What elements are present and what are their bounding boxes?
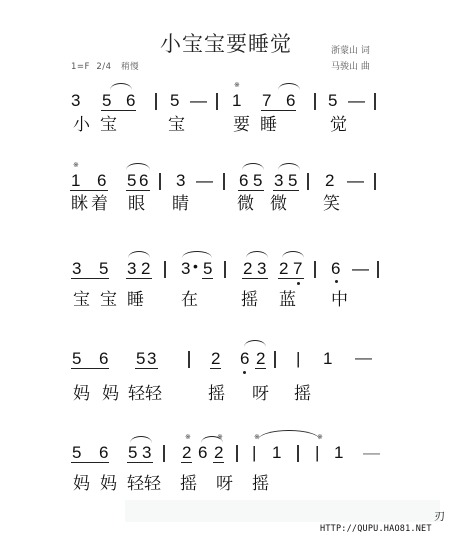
eighth-underline xyxy=(181,462,192,463)
note: 5 xyxy=(170,92,179,109)
lyric: 小 xyxy=(73,117,90,134)
score-row-4: 5 6 5 3 2 6 2 | 1 — 妈 妈 轻 轻 摇 呀 摇 xyxy=(0,338,450,408)
note: 2 xyxy=(256,350,265,367)
eighth-underline xyxy=(278,278,304,279)
eighth-underline xyxy=(101,110,136,111)
note: 3 xyxy=(147,350,156,367)
sixteenth-underline xyxy=(126,190,150,191)
high-octave-dot: ※ xyxy=(234,82,240,89)
note: 5 xyxy=(136,350,145,367)
high-octave-dot: ※ xyxy=(317,434,323,441)
barline xyxy=(274,351,276,368)
slur xyxy=(246,251,268,258)
note: 5 xyxy=(203,260,212,277)
dash: — xyxy=(190,92,207,109)
final-barline: — xyxy=(363,443,378,463)
lyric: 睡 xyxy=(127,292,144,309)
barline xyxy=(188,351,190,368)
score-row-2: ※ 1 6 5 6 3 — 6 5 3 5 2 — 眯 着 眼 睛 微 微 笑 xyxy=(0,160,450,230)
note: 3 xyxy=(181,260,190,277)
dash: 1 xyxy=(323,350,332,367)
score-row-5: 5 6 5 3 ※ 2 6 ※ 2 ※ | 1 ※ | 1 — 妈 妈 轻 轻 … xyxy=(0,432,450,502)
lyric: 呀 xyxy=(216,476,233,493)
lyric: 微 xyxy=(270,196,287,213)
lyric: 宝 xyxy=(100,117,117,134)
note: 1 xyxy=(71,172,80,189)
slur xyxy=(126,163,150,170)
note: 5 xyxy=(72,350,81,367)
barline xyxy=(297,445,299,462)
barline xyxy=(164,261,166,278)
slur xyxy=(282,251,304,258)
note: 7 xyxy=(262,92,271,109)
note: 7 xyxy=(293,260,302,277)
lyric: 轻 xyxy=(144,476,161,493)
lyric: 摇 xyxy=(208,386,225,403)
barline xyxy=(307,173,309,190)
note: 3 xyxy=(257,260,266,277)
lyric: 妈 xyxy=(73,386,90,403)
note: 2 xyxy=(211,350,220,367)
barline xyxy=(155,93,157,110)
slur xyxy=(244,340,266,347)
note: 1 xyxy=(232,92,241,109)
note: 3 xyxy=(71,92,80,109)
dot: • xyxy=(193,259,198,273)
lyric: 呀 xyxy=(252,386,269,403)
lyric: 摇 xyxy=(294,386,311,403)
lyric: 在 xyxy=(181,292,198,309)
eighth-underline xyxy=(213,462,224,463)
note: 6 xyxy=(240,350,249,367)
slur xyxy=(110,83,132,90)
lyric: 宝 xyxy=(168,117,185,134)
eighth-underline xyxy=(261,110,296,111)
repeat-end-barline: — xyxy=(355,348,372,368)
note: 6 xyxy=(139,172,148,189)
note: 6 xyxy=(99,350,108,367)
barline xyxy=(314,93,316,110)
note: 2 xyxy=(141,260,150,277)
eighth-underline xyxy=(70,190,108,191)
note: 5 xyxy=(127,172,136,189)
composer-credit: 马骏山 曲 xyxy=(331,59,370,72)
barline xyxy=(374,93,376,110)
note: 6 xyxy=(286,92,295,109)
high-octave-dot: ※ xyxy=(254,434,260,441)
tempo-marking: 稍慢 xyxy=(121,62,139,72)
sixteenth-underline xyxy=(202,278,213,279)
note: 2 xyxy=(182,444,191,461)
eighth-underline xyxy=(255,368,266,369)
watermark-url: HTTP://QUPU.HAO81.NET xyxy=(320,524,432,534)
lyric: 宝 xyxy=(73,292,90,309)
lyric: 妈 xyxy=(73,476,90,493)
low-octave-dot xyxy=(243,371,246,374)
slur xyxy=(242,163,264,170)
key-signature: 1=F 2/4 稍慢 xyxy=(71,60,139,72)
note: 5 xyxy=(72,444,81,461)
dash: — xyxy=(196,172,213,189)
low-octave-dot xyxy=(297,282,300,285)
note: 5 xyxy=(102,92,111,109)
eighth-underline xyxy=(135,368,158,369)
dash: — xyxy=(347,172,364,189)
eighth-underline xyxy=(71,462,109,463)
lyric: 睛 xyxy=(172,196,189,213)
note: 5 xyxy=(328,92,337,109)
barline xyxy=(236,445,238,462)
lyric: 中 xyxy=(331,292,348,309)
note: 3 xyxy=(72,260,81,277)
lyricist-credit: 浙蒙山 词 xyxy=(331,43,370,56)
lyric: 眼 xyxy=(128,196,145,213)
slur xyxy=(130,436,152,443)
note: 5 xyxy=(99,260,108,277)
lyric: 摇 xyxy=(252,476,269,493)
slur xyxy=(278,163,300,170)
barline xyxy=(159,173,161,190)
note: 2 xyxy=(325,172,334,189)
lyric: 宝 xyxy=(100,292,117,309)
barline xyxy=(216,93,218,110)
time-signature: 2/4 xyxy=(96,62,111,72)
lyric: 蓝 xyxy=(279,292,296,309)
note: 5 xyxy=(253,172,262,189)
note: 6 xyxy=(198,444,207,461)
footer-band xyxy=(125,500,440,522)
lyric: 微 xyxy=(237,196,254,213)
lyric: 摇 xyxy=(241,292,258,309)
dash: 1 xyxy=(272,444,281,461)
note: 2 xyxy=(243,260,252,277)
eighth-underline xyxy=(127,462,153,463)
high-octave-dot: ※ xyxy=(73,162,79,169)
score-row-1: 3 5 6 5 — ※ 1 7 6 5 — 小 宝 宝 要 睡 觉 xyxy=(0,80,450,150)
watermark-glyph: 刃 xyxy=(434,508,445,524)
high-octave-dot: ※ xyxy=(217,434,223,441)
note: | xyxy=(252,444,256,461)
note: 5 xyxy=(288,172,297,189)
lyric: 笑 xyxy=(323,196,340,213)
note: | xyxy=(296,350,300,367)
eighth-underline xyxy=(238,190,264,191)
note: 3 xyxy=(176,172,185,189)
barline xyxy=(163,445,165,462)
eighth-underline xyxy=(210,368,221,369)
lyric: 睡 xyxy=(260,117,277,134)
low-octave-dot xyxy=(335,280,338,283)
lyric: 摇 xyxy=(180,476,197,493)
note: 2 xyxy=(214,444,223,461)
score-row-3: 3 5 3 2 3 • 5 2 3 2 7 6 — 宝 宝 睡 在 摇 蓝 中 xyxy=(0,248,450,318)
note: 5 xyxy=(128,444,137,461)
barline xyxy=(223,173,225,190)
slur xyxy=(258,430,320,440)
barline xyxy=(374,173,376,190)
note: 6 xyxy=(239,172,248,189)
note: 6 xyxy=(126,92,135,109)
lyric: 妈 xyxy=(100,476,117,493)
lyric: 轻 xyxy=(128,386,145,403)
slur xyxy=(182,251,212,258)
lyric: 妈 xyxy=(102,386,119,403)
lyric: 轻 xyxy=(127,476,144,493)
slur xyxy=(278,83,300,90)
barline xyxy=(314,261,316,278)
note: 6 xyxy=(331,260,340,277)
lyric: 觉 xyxy=(330,117,347,134)
note: | xyxy=(315,444,319,461)
lyric: 轻 xyxy=(145,386,162,403)
note: 6 xyxy=(99,444,108,461)
lyric: 要 xyxy=(233,117,250,134)
page-title: 小宝宝要睡觉 xyxy=(160,28,292,58)
eighth-underline xyxy=(71,278,109,279)
note: 3 xyxy=(127,260,136,277)
barline xyxy=(224,261,226,278)
lyric: 着 xyxy=(91,196,108,213)
dash: — xyxy=(352,260,369,277)
high-octave-dot: ※ xyxy=(185,434,191,441)
eighth-underline xyxy=(273,190,299,191)
note: 3 xyxy=(274,172,283,189)
dash: — xyxy=(348,92,365,109)
eighth-underline xyxy=(71,368,109,369)
note: 3 xyxy=(142,444,151,461)
eighth-underline xyxy=(242,278,268,279)
lyric: 眯 xyxy=(71,196,88,213)
barline xyxy=(377,261,379,278)
note: 6 xyxy=(97,172,106,189)
eighth-underline xyxy=(126,278,152,279)
slur xyxy=(128,251,150,258)
note: 2 xyxy=(279,260,288,277)
dash: 1 xyxy=(334,444,343,461)
key: 1=F xyxy=(71,62,90,72)
